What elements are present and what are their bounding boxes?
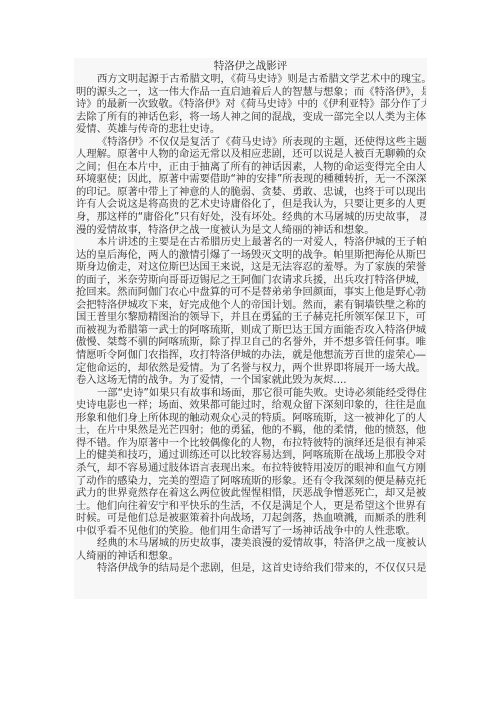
paragraph-conclusion: 特洛伊战争的结局是个悲剧，但是，这首史诗给我们带来的，不仅仅只是对悲剧的感慨！ bbox=[76, 562, 426, 575]
text-line: 斯身边偷走，对这位斯巴达国王来说，这是无法容忍的羞辱。为了家族的荣誉，也为了自己 bbox=[76, 261, 426, 274]
document-title: 特洛伊之战影评 bbox=[74, 60, 427, 73]
text-line: 定他命运的，却依然是爱情。为了名誉与权力，两个世界即将展开一场大战。成千上万的人 bbox=[76, 362, 426, 375]
text-line: 傲慢、桀骜不驯的阿喀琉斯，除了捍卫自己的名誉外，并不想多管任何事。唯一能让他心甘 bbox=[76, 336, 426, 349]
text-line: 士，在片中果然是光芒四射；他的勇猛，他的不羁，他的柔情，他的愤怒，他的悲哀都表现 bbox=[76, 424, 426, 437]
text-line: 国王普里尔黎励精图治的领导下，并且在勇猛的王子赫克托所领军保卫下，可说是固若金汤… bbox=[76, 311, 426, 324]
text-line: 西方文明起源于古希腊文明，《荷马史诗》则是古希腊文学艺术中的瑰宝。作为世界文 bbox=[76, 73, 426, 86]
text-line: 身，那这样的“庸俗化”只有好处，没有坏处。经典的木马屠城的历史故事， 凄美浪 bbox=[76, 211, 426, 224]
text-line: 《特洛伊》不仅仅是复活了《荷马史诗》所表现的主题，还使得这些主题更容易被普通 bbox=[76, 136, 426, 149]
paragraph-adaptation: 《特洛伊》不仅仅是复活了《荷马史诗》所表现的主题，还使得这些主题更容易被普通 人… bbox=[76, 136, 426, 236]
text-line: 抢回来。然而阿伽门农心中盘算的可不是替弟弟争回颜面，事实上他是野心勃勃想趁这个机 bbox=[76, 286, 426, 299]
text-line: 一部“史诗”如果只有故事和场面，那它很可能失败。史诗必须能经受得住历史的考验。 bbox=[76, 387, 426, 400]
paragraph-characters: 一部“史诗”如果只有故事和场面，那它很可能失败。史诗必须能经受得住历史的考验。 … bbox=[76, 387, 426, 538]
text-line: 去除了所有的神话色彩，将一场人神之间的混战，变成一部完全以人类为主体的、关于战争… bbox=[76, 111, 426, 124]
paragraph-plot: 本片讲述的主要是在古希腊历史上最著名的一对爱人，特洛伊城的王子帕里斯以及斯巴 达… bbox=[76, 236, 426, 387]
document-panel: 特洛伊之战影评 西方文明起源于古希腊文明，《荷马史诗》则是古希腊文学艺术中的瑰宝… bbox=[74, 58, 427, 599]
text-line: 明的源头之一，这一伟大作品一直启迪着后人的智慧与想象；而《特洛伊》，是对《荷马史 bbox=[76, 86, 426, 99]
text-line: 中似乎看不见他们的笑脸。他们用生命谱写了一场神话战争中的人性悲歌。 bbox=[76, 525, 426, 538]
text-line: 经典的木马屠城的历史故事，凄美浪漫的爱情故事，特洛伊之战一度被认为是文 bbox=[76, 537, 426, 550]
text-line: 卷入这场无情的战争。为了爱情，一个国家就此毁为灰烬.... bbox=[76, 374, 426, 387]
document-body: 西方文明起源于古希腊文明，《荷马史诗》则是古希腊文学艺术中的瑰宝。作为世界文 明… bbox=[76, 73, 426, 575]
text-line: 环境驱使；因此，原著中需要借助“神的安排”所表现的種種转折，无一不深深烙上了人性 bbox=[76, 173, 426, 186]
text-line: 人绮丽的神话和想象。 bbox=[76, 550, 426, 563]
text-line: 时候。可是他们总是被驱策着扑向战场，刀起剑落，热血喷溅，而厮杀的胜利和战争的荣誉 bbox=[76, 512, 426, 525]
text-line: 情愿听令阿伽门农指挥，攻打特洛伊城的办法，就是他想流芳百世的虚荣心——但是最后决 bbox=[76, 349, 426, 362]
text-line: 形象和他们身上所体现的触动观众心灵的特质。阿喀琉斯，这一被神化了的人类最伟大的战 bbox=[76, 412, 426, 425]
text-line: 会把特洛伊城攻下来，好完成他个人的帝国计划。然而，素有铜墙铁壁之称的特洛伊城，在 bbox=[76, 299, 426, 312]
text-line: 爱情、英雄与传奇的悲壮史诗。 bbox=[76, 123, 426, 136]
text-line: 诗》的最新一次致敬。《特洛伊》对《荷马史诗》中的《伊利亚特》部分作了大幅度修改， bbox=[76, 98, 426, 111]
text-line: 了动作的感染力，完美的塑造了阿喀琉斯的形象。还有令我深刻的便是赫克托尔。一个崇尚 bbox=[76, 475, 426, 488]
text-line: 上的健美和技巧，通过训练还可以比较容易达到，阿喀琉斯在战场上那股令对方胆战心惊的 bbox=[76, 449, 426, 462]
text-line: 人理解。原著中人物的命运无常以及相应悲剧，还可以说是人被百无聊赖的众神玩弄于股掌 bbox=[76, 148, 426, 161]
text-line: 的印记。原著中带上了神意的人的脆弱、贪婪、勇敢、忠诚，也终于可以现出“原形”。也 bbox=[76, 186, 426, 199]
text-line: 之间；但在本片中，正由于抽离了所有的神话因素，人物的命运变得完全由人物各自性格与 bbox=[76, 161, 426, 174]
text-line: 而被视为希腊第一武士的阿喀琉斯，则成了斯巴达王国方面能否攻入特洛伊城的关键人物。 bbox=[76, 324, 426, 337]
text-line: 史诗电影也一样；场面、效果都可能过时，给观众留下深刻印象的，往往是血肉饱满的人物 bbox=[76, 399, 426, 412]
text-line: 许有人会说这是将高贵的艺术史诗庸俗化了，但是我认为，只要让更多的人更能理解人类自 bbox=[76, 198, 426, 211]
text-line: 武力的世界竟然存在着这么两位彼此惺惺相惜，厌恶战争憎恶死亡，却又是被万人景仰的勇 bbox=[76, 487, 426, 500]
text-line: 得不错。作为原著中一个比较偶像化的人物，布拉特彼特的演绎还是很有神采的。动作语言 bbox=[76, 437, 426, 450]
text-line: 漫的爱情故事，特洛伊之战一度被认为是文人绮丽的神话和想象。 bbox=[76, 224, 426, 237]
text-line: 特洛伊战争的结局是个悲剧，但是，这首史诗给我们带来的，不仅仅只是对悲剧的感慨！ bbox=[76, 562, 426, 575]
text-line: 本片讲述的主要是在古希腊历史上最著名的一对爱人，特洛伊城的王子帕里斯以及斯巴 bbox=[76, 236, 426, 249]
paragraph-summary: 经典的木马屠城的历史故事，凄美浪漫的爱情故事，特洛伊之战一度被认为是文 人绮丽的… bbox=[76, 537, 426, 562]
paragraph-intro: 西方文明起源于古希腊文明，《荷马史诗》则是古希腊文学艺术中的瑰宝。作为世界文 明… bbox=[76, 73, 426, 136]
text-line: 的面子，米奈劳斯向哥哥迈锡尼之王阿伽门农请求兵援，出兵攻打特洛伊城，立誓要把海伦 bbox=[76, 274, 426, 287]
text-line: 杀气，却不容易通过肢体语言表现出来。布拉特彼特用凌厉的眼神和血气方刚的冲劲，增强 bbox=[76, 462, 426, 475]
text-line: 士。他们向往着安宁和平快乐的生活，不仅是满足个人，更是希望这个世界有着美好共荣的 bbox=[76, 500, 426, 513]
text-line: 达的皇后海伦，两人的激情引爆了一场毁灭文明的战争。帕里斯把海伦从斯巴达之王米奈劳 bbox=[76, 249, 426, 262]
